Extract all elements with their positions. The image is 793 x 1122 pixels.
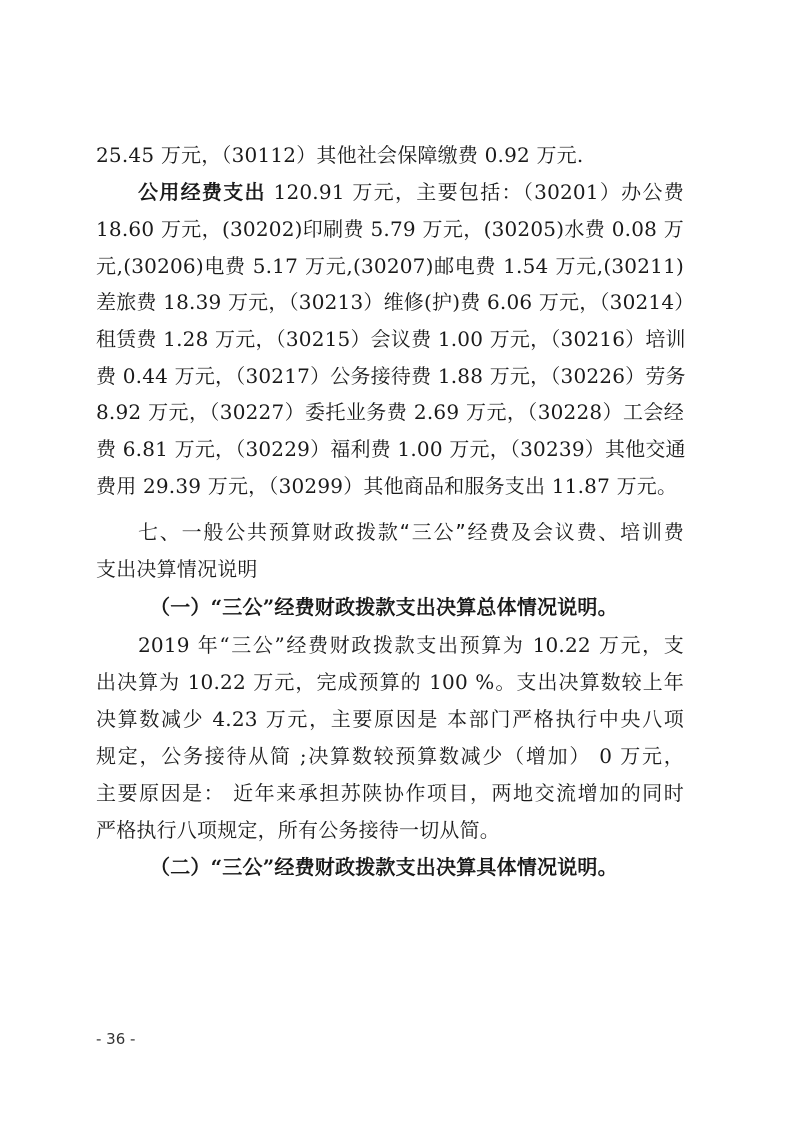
section-heading: 七、一般公共预算财政拨款“三公”经费及会议费、培训费 xyxy=(138,517,684,547)
page-number: - 36 - xyxy=(96,1030,135,1048)
paragraph-line: 严格执行八项规定，所有公务接待一切从简。 xyxy=(96,815,684,845)
subsection-heading: （二）“三公”经费财政拨款支出决算具体情况说明。 xyxy=(150,852,680,882)
paragraph-line: 18.60 万元，(30202)印刷费 5.79 万元，(30205)水费 0.… xyxy=(96,214,684,244)
paragraph-line: 费 6.81 万元，（30229）福利费 1.00 万元，（30239）其他交通 xyxy=(96,434,684,464)
paragraph-line: 出决算为 10.22 万元，完成预算的 100 %。支出决算数较上年 xyxy=(96,667,684,697)
paragraph-line: 元,(30206)电费 5.17 万元,(30207)邮电费 1.54 万元,(… xyxy=(96,251,684,281)
paragraph-line: 决算数减少 4.23 万元，主要原因是 本部门严格执行中央八项 xyxy=(96,704,684,734)
paragraph-line: 8.92 万元，（30227）委托业务费 2.69 万元，（30228）工会经 xyxy=(96,397,684,427)
bold-lead-term: 公用经费支出 xyxy=(138,180,266,204)
paragraph-line: 费 0.44 万元，（30217）公务接待费 1.88 万元，（30226）劳务 xyxy=(96,361,684,391)
subsection-heading: （一）“三公”经费财政拨款支出决算总体情况说明。 xyxy=(150,592,680,622)
paragraph-line: 规定，公务接待从简 ;决算数较预算数减少（增加） 0 万元， xyxy=(96,741,684,771)
paragraph-line: 25.45 万元，（30112）其他社会保障缴费 0.92 万元. xyxy=(96,140,684,170)
document-page: 25.45 万元，（30112）其他社会保障缴费 0.92 万元. 公用经费支出… xyxy=(0,0,793,1122)
paragraph-line: 公用经费支出 120.91 万元，主要包括：（30201）办公费 xyxy=(138,177,684,207)
paragraph-line: 费用 29.39 万元，（30299）其他商品和服务支出 11.87 万元。 xyxy=(96,471,684,501)
paragraph-line: 2019 年“三公”经费财政拨款支出预算为 10.22 万元，支 xyxy=(138,630,684,660)
paragraph-line: 租赁费 1.28 万元，（30215）会议费 1.00 万元，（30216）培训 xyxy=(96,324,684,354)
paragraph-line: 主要原因是： 近年来承担苏陕协作项目，两地交流增加的同时 xyxy=(96,778,684,808)
section-heading: 支出决算情况说明 xyxy=(96,554,684,584)
paragraph-line: 差旅费 18.39 万元，（30213）维修(护)费 6.06 万元，（3021… xyxy=(96,287,684,317)
